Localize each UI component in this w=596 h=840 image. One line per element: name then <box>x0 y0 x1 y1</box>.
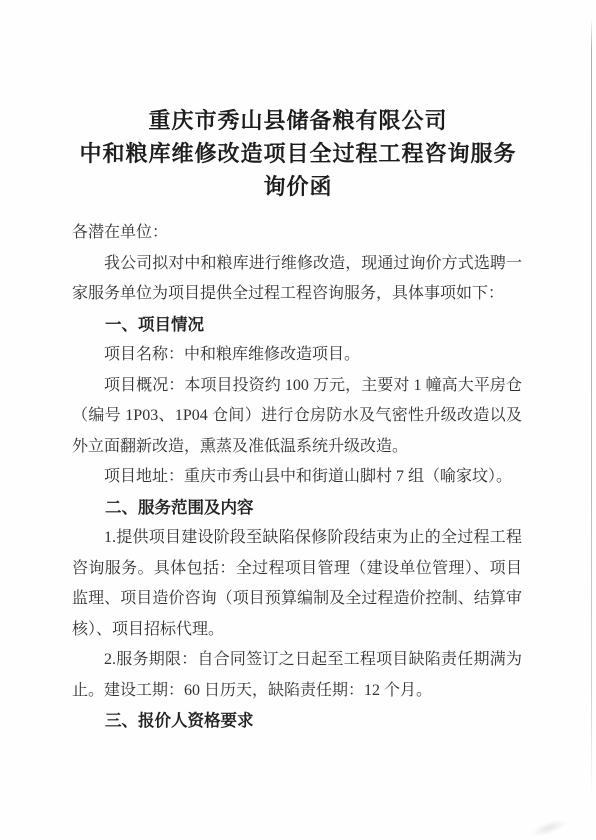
intro-paragraph: 我公司拟对中和粮库进行维修改造，现通过询价方式选聘一家服务单位为项目提供全过程工… <box>72 249 522 310</box>
section-2-heading: 二、服务范围及内容 <box>72 493 522 524</box>
section-1-heading: 一、项目情况 <box>72 310 522 341</box>
title-line-project: 中和粮库维修改造项目全过程工程咨询服务 <box>0 137 596 170</box>
project-address-paragraph: 项目地址：重庆市秀山县中和街道山脚村 7 组（喻家坟）。 <box>72 462 522 493</box>
service-term-paragraph: 2.服务期限：自合同签订之日起至工程项目缺陷责任期满为止。建设工期：60 日历天… <box>72 645 522 706</box>
project-name-paragraph: 项目名称：中和粮库维修改造项目。 <box>72 340 522 371</box>
document-title: 重庆市秀山县储备粮有限公司 中和粮库维修改造项目全过程工程咨询服务 询价函 <box>0 0 596 203</box>
title-line-doctype: 询价函 <box>0 170 596 203</box>
section-3-heading: 三、报价人资格要求 <box>72 706 522 737</box>
scan-smudge-artifact <box>529 816 569 840</box>
scanned-document-page: 重庆市秀山县储备粮有限公司 中和粮库维修改造项目全过程工程咨询服务 询价函 各潜… <box>0 0 596 840</box>
scan-edge-artifact <box>591 18 593 796</box>
title-line-company: 重庆市秀山县储备粮有限公司 <box>0 104 596 137</box>
service-scope-paragraph: 1.提供项目建设阶段至缺陷保修阶段结束为止的全过程工程咨询服务。具体包括：全过程… <box>72 523 522 645</box>
salutation: 各潜在单位： <box>72 218 522 249</box>
document-body: 各潜在单位： 我公司拟对中和粮库进行维修改造，现通过询价方式选聘一家服务单位为项… <box>0 218 596 737</box>
project-overview-paragraph: 项目概况：本项目投资约 100 万元，主要对 1 幢高大平房仓（编号 1P03、… <box>72 371 522 463</box>
